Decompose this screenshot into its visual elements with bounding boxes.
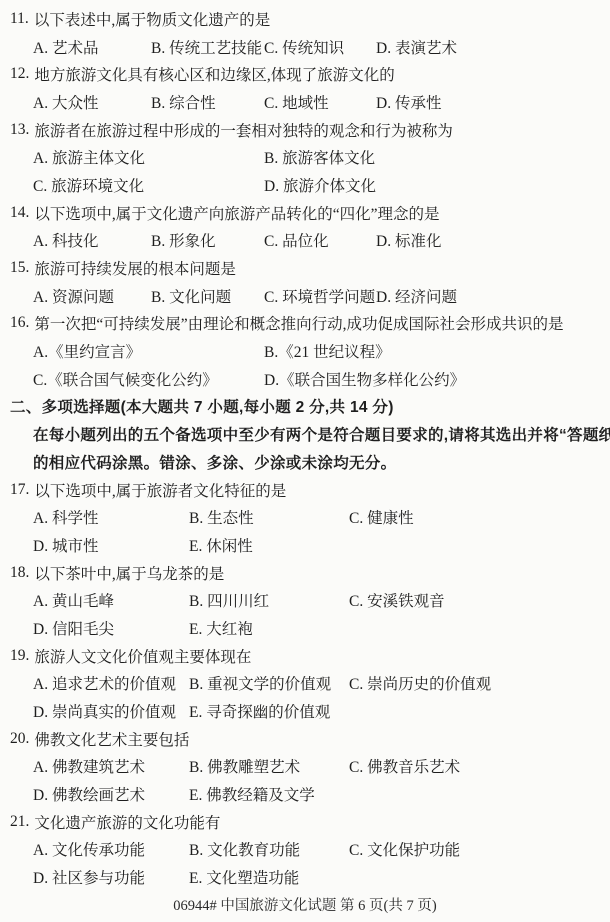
question-number: 16.	[10, 314, 29, 332]
option-d: D. 信阳毛尖	[33, 617, 189, 639]
option-d: D. 崇尚真实的价值观	[33, 700, 189, 722]
option-c: C. 环境哲学问题	[264, 285, 376, 307]
question-number: 11.	[10, 10, 29, 28]
question-number: 17.	[10, 481, 29, 499]
option-row: D. 信阳毛尖 E. 大红袍	[0, 614, 610, 642]
option-c: C. 崇尚历史的价值观	[349, 672, 491, 694]
option-row: A. 科技化 B. 形象化 C. 品位化 D. 标准化	[0, 227, 610, 255]
option-row: A.《里约宣言》 B.《21 世纪议程》	[0, 337, 610, 365]
question-stem: 13. 旅游者在旅游过程中形成的一套相对独特的观念和行为被称为	[0, 116, 610, 144]
question-20: 20. 佛教文化艺术主要包括 A. 佛教建筑艺术 B. 佛教雕塑艺术 C. 佛教…	[0, 725, 610, 808]
question-18: 18. 以下茶叶中,属于乌龙茶的是 A. 黄山毛峰 B. 四川川红 C. 安溪铁…	[0, 559, 610, 642]
option-d: D. 经济问题	[376, 285, 457, 307]
option-row: C. 旅游环境文化 D. 旅游介体文化	[0, 171, 610, 199]
option-row: D. 社区参与功能 E. 文化塑造功能	[0, 863, 610, 891]
option-d: D. 社区参与功能	[33, 866, 189, 888]
question-text: 旅游人文文化价值观主要体现在	[34, 645, 251, 667]
option-c: C. 传统知识	[264, 36, 376, 58]
question-text: 地方旅游文化具有核心区和边缘区,体现了旅游文化的	[34, 63, 394, 85]
question-stem: 21. 文化遗产旅游的文化功能有	[0, 808, 610, 836]
option-row: D. 崇尚真实的价值观 E. 寻奇探幽的价值观	[0, 697, 610, 725]
question-stem: 14. 以下选项中,属于文化遗产向旅游产品转化的“四化”理念的是	[0, 199, 610, 227]
question-stem: 15. 旅游可持续发展的根本问题是	[0, 254, 610, 282]
option-c: C. 文化保护功能	[349, 838, 460, 860]
question-number: 13.	[10, 121, 29, 139]
question-number: 18.	[10, 564, 29, 582]
option-b: B. 生态性	[189, 506, 349, 528]
option-row: A. 科学性 B. 生态性 C. 健康性	[0, 503, 610, 531]
option-d: D. 传承性	[376, 91, 441, 113]
question-stem: 16. 第一次把“可持续发展”由理论和概念推向行动,成功促成国际社会形成共识的是	[0, 310, 610, 338]
question-stem: 11. 以下表述中,属于物质文化遗产的是	[0, 5, 610, 33]
option-row: D. 佛教绘画艺术 E. 佛教经籍及文学	[0, 780, 610, 808]
option-a: A. 大众性	[33, 91, 151, 113]
question-text: 以下选项中,属于旅游者文化特征的是	[34, 479, 286, 501]
question-text: 旅游者在旅游过程中形成的一套相对独特的观念和行为被称为	[34, 119, 453, 141]
exam-page: 11. 以下表述中,属于物质文化遗产的是 A. 艺术品 B. 传统工艺技能 C.…	[0, 0, 610, 922]
option-c: C. 佛教音乐艺术	[349, 755, 460, 777]
option-row: A. 大众性 B. 综合性 C. 地域性 D. 传承性	[0, 88, 610, 116]
question-text: 佛教文化艺术主要包括	[34, 728, 189, 750]
option-b: B. 文化教育功能	[189, 838, 349, 860]
option-row: A. 文化传承功能 B. 文化教育功能 C. 文化保护功能	[0, 836, 610, 864]
question-number: 14.	[10, 204, 29, 222]
option-row: A. 艺术品 B. 传统工艺技能 C. 传统知识 D. 表演艺术	[0, 33, 610, 61]
option-e: E. 佛教经籍及文学	[189, 783, 315, 805]
question-13: 13. 旅游者在旅游过程中形成的一套相对独特的观念和行为被称为 A. 旅游主体文…	[0, 116, 610, 199]
option-a: A. 追求艺术的价值观	[33, 672, 189, 694]
option-row: A. 资源问题 B. 文化问题 C. 环境哲学问题 D. 经济问题	[0, 282, 610, 310]
option-a: A. 黄山毛峰	[33, 589, 189, 611]
question-12: 12. 地方旅游文化具有核心区和边缘区,体现了旅游文化的 A. 大众性 B. 综…	[0, 60, 610, 115]
option-b: B. 形象化	[151, 229, 264, 251]
option-e: E. 文化塑造功能	[189, 866, 299, 888]
question-number: 12.	[10, 65, 29, 83]
option-d: D. 城市性	[33, 534, 189, 556]
section-title: 二、多项选择题(本大题共 7 小题,每小题 2 分,共 14 分)	[0, 393, 610, 421]
option-b: B. 旅游客体文化	[264, 146, 375, 168]
question-number: 20.	[10, 730, 29, 748]
question-19: 19. 旅游人文文化价值观主要体现在 A. 追求艺术的价值观 B. 重视文学的价…	[0, 642, 610, 725]
option-c: C. 旅游环境文化	[33, 174, 264, 196]
question-14: 14. 以下选项中,属于文化遗产向旅游产品转化的“四化”理念的是 A. 科技化 …	[0, 199, 610, 254]
question-stem: 17. 以下选项中,属于旅游者文化特征的是	[0, 476, 610, 504]
option-d: D. 佛教绘画艺术	[33, 783, 189, 805]
question-16: 16. 第一次把“可持续发展”由理论和概念推向行动,成功促成国际社会形成共识的是…	[0, 310, 610, 393]
question-text: 第一次把“可持续发展”由理论和概念推向行动,成功促成国际社会形成共识的是	[34, 312, 563, 334]
option-a: A. 资源问题	[33, 285, 151, 307]
option-row: A. 黄山毛峰 B. 四川川红 C. 安溪铁观音	[0, 586, 610, 614]
option-c: C.《联合国气候变化公约》	[33, 368, 264, 390]
option-a: A. 佛教建筑艺术	[33, 755, 189, 777]
question-text: 以下选项中,属于文化遗产向旅游产品转化的“四化”理念的是	[34, 202, 439, 224]
question-text: 文化遗产旅游的文化功能有	[34, 811, 220, 833]
option-e: E. 寻奇探幽的价值观	[189, 700, 330, 722]
question-stem: 12. 地方旅游文化具有核心区和边缘区,体现了旅游文化的	[0, 60, 610, 88]
option-row: A. 追求艺术的价值观 B. 重视文学的价值观 C. 崇尚历史的价值观	[0, 670, 610, 698]
question-number: 19.	[10, 647, 29, 665]
option-e: E. 休闲性	[189, 534, 253, 556]
option-a: A. 科技化	[33, 229, 151, 251]
section-instructions-line2: 的相应代码涂黑。错涂、多涂、少涂或未涂均无分。	[0, 448, 610, 476]
option-a: A. 文化传承功能	[33, 838, 189, 860]
question-text: 以下表述中,属于物质文化遗产的是	[34, 8, 270, 30]
option-a: A. 科学性	[33, 506, 189, 528]
option-row: D. 城市性 E. 休闲性	[0, 531, 610, 559]
option-c: C. 地域性	[264, 91, 376, 113]
option-a: A. 艺术品	[33, 36, 151, 58]
option-a: A. 旅游主体文化	[33, 146, 264, 168]
option-b: B. 佛教雕塑艺术	[189, 755, 349, 777]
option-b: B. 传统工艺技能	[151, 36, 264, 58]
option-b: B.《21 世纪议程》	[264, 340, 391, 362]
option-row: A. 旅游主体文化 B. 旅游客体文化	[0, 143, 610, 171]
section-instructions-line1: 在每小题列出的五个备选项中至少有两个是符合题目要求的,请将其选出并将“答题纸”	[0, 420, 610, 448]
option-a: A.《里约宣言》	[33, 340, 264, 362]
option-d: D.《联合国生物多样化公约》	[264, 368, 465, 390]
question-number: 15.	[10, 259, 29, 277]
question-11: 11. 以下表述中,属于物质文化遗产的是 A. 艺术品 B. 传统工艺技能 C.…	[0, 5, 610, 60]
page-footer: 06944# 中国旅游文化试题 第 6 页(共 7 页)	[0, 891, 610, 919]
option-c: C. 安溪铁观音	[349, 589, 445, 611]
question-text: 旅游可持续发展的根本问题是	[34, 257, 236, 279]
question-stem: 18. 以下茶叶中,属于乌龙茶的是	[0, 559, 610, 587]
question-17: 17. 以下选项中,属于旅游者文化特征的是 A. 科学性 B. 生态性 C. 健…	[0, 476, 610, 559]
option-row: A. 佛教建筑艺术 B. 佛教雕塑艺术 C. 佛教音乐艺术	[0, 753, 610, 781]
question-21: 21. 文化遗产旅游的文化功能有 A. 文化传承功能 B. 文化教育功能 C. …	[0, 808, 610, 891]
option-d: D. 标准化	[376, 229, 441, 251]
option-d: D. 表演艺术	[376, 36, 457, 58]
question-15: 15. 旅游可持续发展的根本问题是 A. 资源问题 B. 文化问题 C. 环境哲…	[0, 254, 610, 309]
option-b: B. 综合性	[151, 91, 264, 113]
option-b: B. 文化问题	[151, 285, 264, 307]
question-stem: 19. 旅游人文文化价值观主要体现在	[0, 642, 610, 670]
option-row: C.《联合国气候变化公约》 D.《联合国生物多样化公约》	[0, 365, 610, 393]
option-e: E. 大红袍	[189, 617, 253, 639]
option-d: D. 旅游介体文化	[264, 174, 376, 196]
option-b: B. 四川川红	[189, 589, 349, 611]
option-c: C. 健康性	[349, 506, 414, 528]
option-c: C. 品位化	[264, 229, 376, 251]
question-stem: 20. 佛教文化艺术主要包括	[0, 725, 610, 753]
option-b: B. 重视文学的价值观	[189, 672, 349, 694]
question-number: 21.	[10, 813, 29, 831]
question-text: 以下茶叶中,属于乌龙茶的是	[34, 562, 224, 584]
